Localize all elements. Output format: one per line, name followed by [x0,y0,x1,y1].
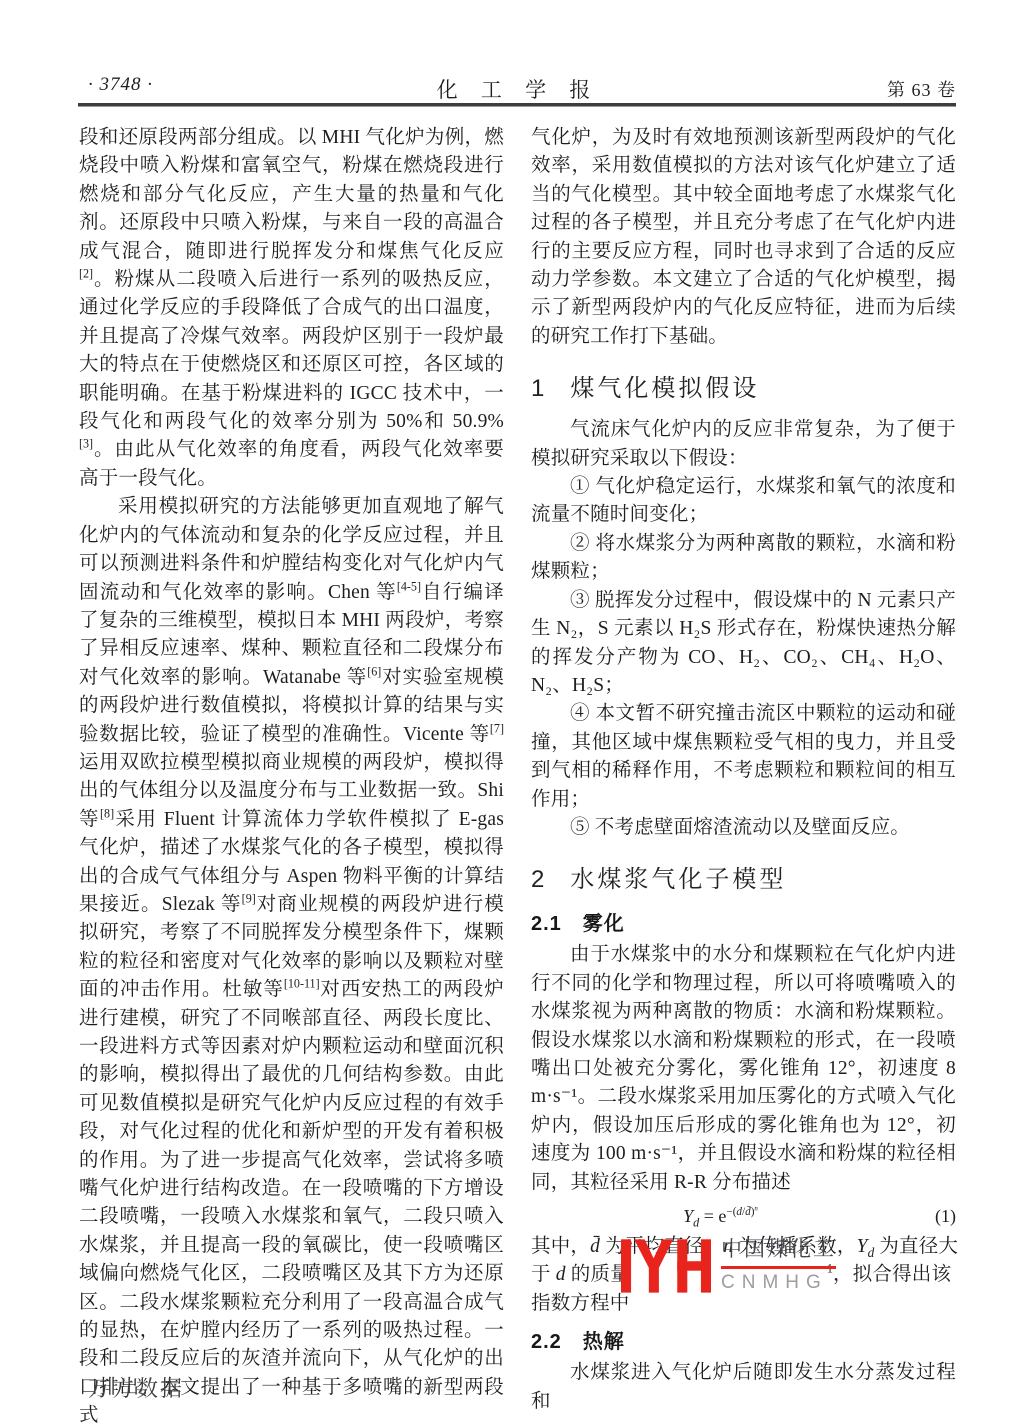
page-header: · 3748 · 化 工 学 报 第 63 卷 [80,74,956,100]
watermark-name: 中国煤化工 [721,1233,836,1269]
paragraph: 采用模拟研究的方法能够更加直观地了解气化炉内的气体流动和复杂的化学反应过程，并且… [79,493,504,1426]
paragraph: 水煤浆进入气化炉后随即发生水分蒸发过程和 [531,1359,956,1416]
assumption-item: ④ 本文暂不研究撞击流区中颗粒的运动和碰撞，其他区域中煤焦颗粒受气相的曳力，并且… [531,700,956,814]
left-column: 段和还原段两部分组成。以 MHI 气化炉为例，燃烧段中喷入粉煤和富氧空气，粉煤在… [79,124,504,1426]
volume-label: 第 63 卷 [887,76,956,102]
assumption-item: ③ 脱挥发分过程中，假设煤中的 N 元素只产生 N₂，S 元素以 H₂S 形式存… [531,587,956,701]
paragraph: 气流床气化炉内的反应非常复杂，为了便于模拟研究采取以下假设： [531,416,956,473]
wanfang-data-stamp: 万方数据 [88,1372,184,1403]
section-title: 煤气化模拟假设 [570,375,759,402]
watermark-text: 中国煤化工 CNMHG [721,1233,836,1294]
equation: Yd = e−(d/d̄)n [531,1204,910,1228]
header-rule [78,103,956,107]
section-heading-2: 2水煤浆气化子模型 [531,859,956,894]
subsection-heading-2-2: 2.2 热解 [531,1325,956,1354]
section-title: 水煤浆气化子模型 [570,866,786,893]
watermark-abbr: CNMHG [721,1272,836,1294]
assumption-item: ① 气化炉稳定运行，水煤浆和氧气的浓度和流量不随时间变化； [531,473,956,530]
journal-title: 化 工 学 报 [80,74,956,104]
cnmhg-logo-icon [621,1233,711,1293]
right-column: 气化炉，为及时有效地预测该新型两段炉的气化效率，采用数值模拟的方法对该气化炉建立… [531,124,956,1416]
paragraph: 段和还原段两部分组成。以 MHI 气化炉为例，燃烧段中喷入粉煤和富氧空气，粉煤在… [79,124,504,493]
assumption-item: ⑤ 不考虑壁面熔渣流动以及壁面反应。 [531,814,956,842]
cnmhg-watermark: 中国煤化工 CNMHG [621,1233,881,1297]
section-number: 1 [531,375,544,402]
paragraph: 气化炉，为及时有效地预测该新型两段炉的气化效率，采用数值模拟的方法对该气化炉建立… [531,124,956,351]
equation-number: (1) [910,1204,956,1228]
equation-row: Yd = e−(d/d̄)n (1) [531,1204,956,1228]
paragraph: 由于水煤浆中的水分和煤颗粒在气化炉内进行不同的化学和物理过程，所以可将喷嘴喷入的… [531,941,956,1197]
subsection-heading-2-1: 2.1 雾化 [531,907,956,936]
assumption-item: ② 将水煤浆分为两种离散的颗粒，水滴和粉煤颗粒； [531,530,956,587]
section-heading-1: 1煤气化模拟假设 [531,368,956,403]
section-number: 2 [531,866,544,893]
